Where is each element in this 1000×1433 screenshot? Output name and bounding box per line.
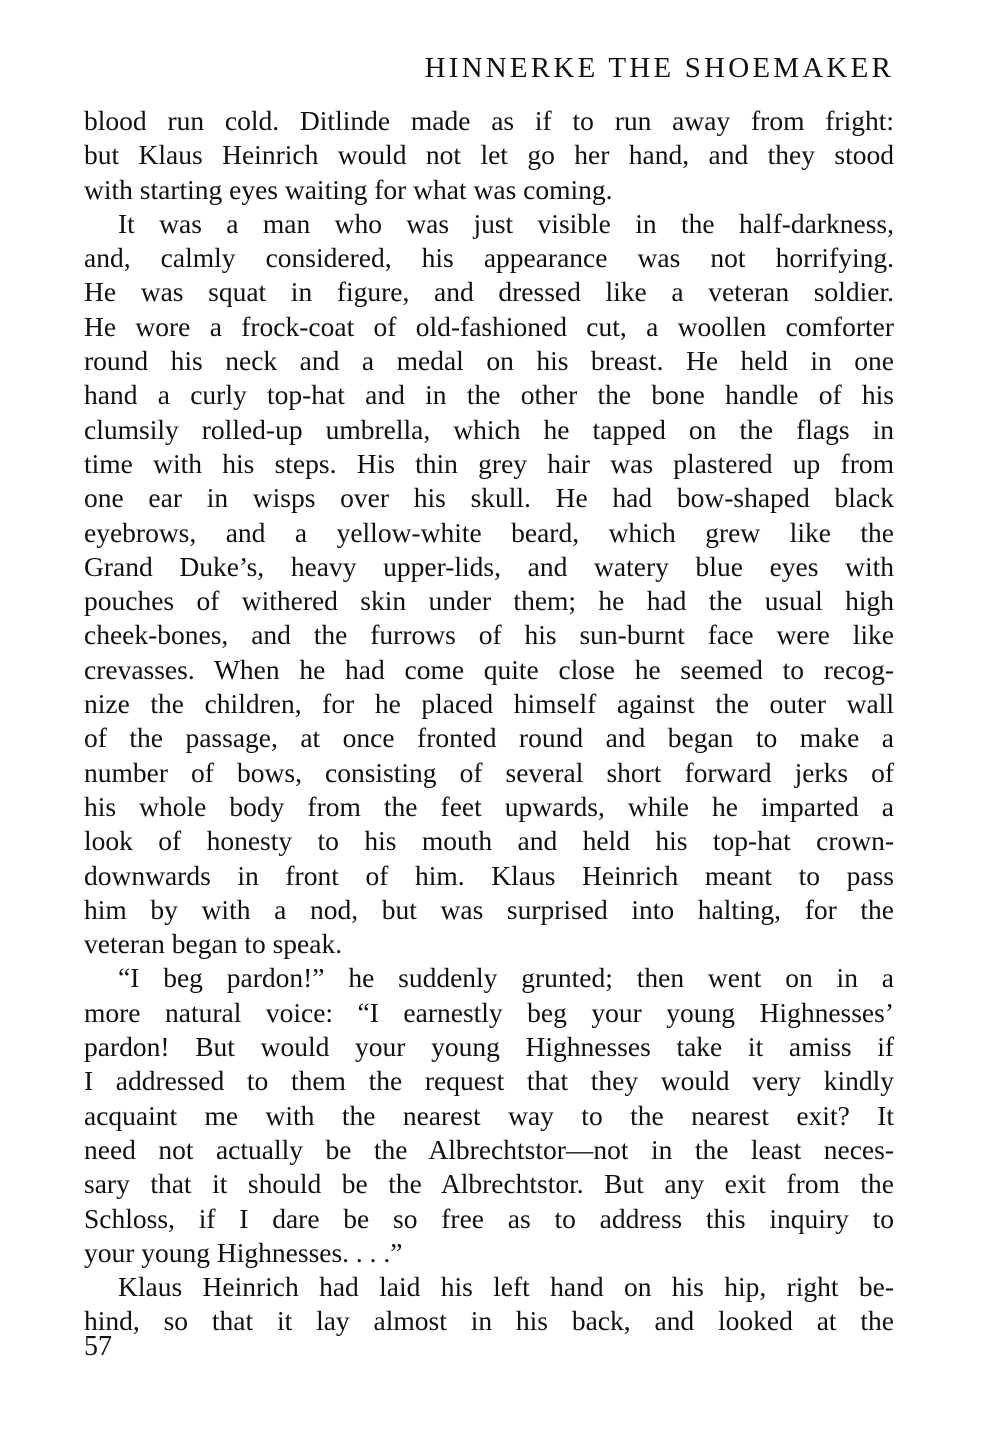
text-line: pardon! But would your young Highnesses … bbox=[84, 1030, 894, 1064]
text-line: need not actually be the Albrechtstor—no… bbox=[84, 1133, 894, 1167]
text-line: nize the children, for he placed himself… bbox=[84, 687, 894, 721]
text-line: pouches of withered skin under them; he … bbox=[84, 584, 894, 618]
text-line: your young Highnesses. . . .” bbox=[84, 1236, 894, 1270]
page-number: 57 bbox=[84, 1330, 112, 1364]
text-line: and, calmly considered, his appearance w… bbox=[84, 241, 894, 275]
text-line: more natural voice: “I earnestly beg you… bbox=[84, 996, 894, 1030]
text-line: He was squat in figure, and dressed like… bbox=[84, 275, 894, 309]
text-line: downwards in front of him. Klaus Heinric… bbox=[84, 859, 894, 893]
text-line: him by with a nod, but was surprised int… bbox=[84, 893, 894, 927]
text-line: but Klaus Heinrich would not let go her … bbox=[84, 138, 894, 172]
paragraph: blood run cold. Ditlinde made as if to r… bbox=[84, 104, 894, 207]
text-line: I addressed to them the request that the… bbox=[84, 1064, 894, 1098]
paragraph: It was a man who was just visible in the… bbox=[84, 207, 894, 962]
text-line: It was a man who was just visible in the… bbox=[84, 207, 894, 241]
page-body: blood run cold. Ditlinde made as if to r… bbox=[84, 104, 894, 1339]
text-line: with starting eyes waiting for what was … bbox=[84, 173, 894, 207]
text-line: clumsily rolled-up umbrella, which he ta… bbox=[84, 413, 894, 447]
text-line: one ear in wisps over his skull. He had … bbox=[84, 481, 894, 515]
paragraph: “I beg pardon!” he suddenly grunted; the… bbox=[84, 961, 894, 1270]
text-line: of the passage, at once fronted round an… bbox=[84, 721, 894, 755]
text-line: number of bows, consisting of several sh… bbox=[84, 756, 894, 790]
text-line: time with his steps. His thin grey hair … bbox=[84, 447, 894, 481]
text-line: sary that it should be the Albrechtstor.… bbox=[84, 1167, 894, 1201]
text-line: hand a curly top-hat and in the other th… bbox=[84, 378, 894, 412]
text-line: crevasses. When he had come quite close … bbox=[84, 653, 894, 687]
text-line: veteran began to speak. bbox=[84, 927, 894, 961]
text-line: Schloss, if I dare be so free as to addr… bbox=[84, 1202, 894, 1236]
text-line: “I beg pardon!” he suddenly grunted; the… bbox=[84, 961, 894, 995]
text-line: Grand Duke’s, heavy upper-lids, and wate… bbox=[84, 550, 894, 584]
text-line: eyebrows, and a yellow-white beard, whic… bbox=[84, 516, 894, 550]
text-line: He wore a frock-coat of old-fashioned cu… bbox=[84, 310, 894, 344]
text-line: look of honesty to his mouth and held hi… bbox=[84, 824, 894, 858]
text-line: hind, so that it lay almost in his back,… bbox=[84, 1304, 894, 1338]
book-page: HINNERKE THE SHOEMAKER blood run cold. D… bbox=[84, 0, 894, 1433]
text-line: blood run cold. Ditlinde made as if to r… bbox=[84, 104, 894, 138]
paragraph: Klaus Heinrich had laid his left hand on… bbox=[84, 1270, 894, 1339]
text-line: round his neck and a medal on his breast… bbox=[84, 344, 894, 378]
text-line: cheek-bones, and the furrows of his sun-… bbox=[84, 618, 894, 652]
text-line: acquaint me with the nearest way to the … bbox=[84, 1099, 894, 1133]
text-line: Klaus Heinrich had laid his left hand on… bbox=[84, 1270, 894, 1304]
running-head: HINNERKE THE SHOEMAKER bbox=[425, 52, 894, 85]
text-line: his whole body from the feet upwards, wh… bbox=[84, 790, 894, 824]
